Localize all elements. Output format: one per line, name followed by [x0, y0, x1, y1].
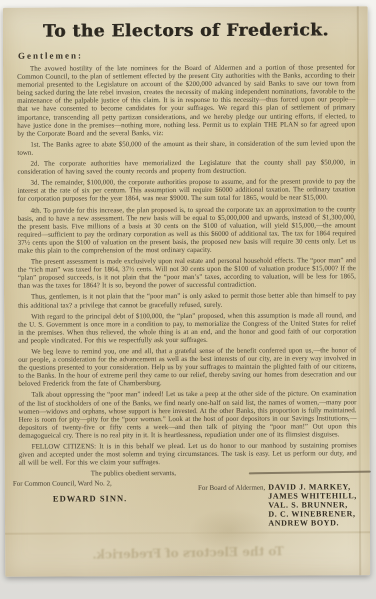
council-signer-name: EDWARD SINN.: [53, 494, 127, 504]
council-heading: For Common Council, Ward No. 2,: [13, 480, 127, 488]
paragraph-point-2d: 2d. The corporate authorities have memor…: [17, 158, 355, 176]
aldermen-name: D. C. WINEBRENER,: [268, 510, 357, 519]
paragraph-point-1st: 1st. The Banks agree to abate $50,000 of…: [17, 139, 355, 157]
aldermen-name: VAL. S. BRUNNER,: [268, 501, 357, 510]
salutation: Gentlemen:: [18, 49, 355, 60]
aldermen-name: JAMES WHITEHILL,: [268, 492, 357, 501]
paragraph-thus-gentlemen: Thus, gentlemen, is it not plain that th…: [18, 292, 356, 310]
title-show-through: To the Electors of Frederick.: [63, 544, 313, 563]
document-title: To the Electors of Frederick.: [17, 20, 355, 41]
paragraph-point-3d: 3d. The remainder, $100,000, the corpora…: [18, 177, 356, 203]
paragraph-we-beg-leave: We beg leave to remind you, one and all,…: [18, 346, 356, 388]
council-signature: For Common Council, Ward No. 2, EDWARD S…: [19, 480, 128, 529]
aldermen-names: DAVID J. MARKEY, JAMES WHITEHILL, VAL. S…: [268, 483, 357, 528]
paragraph-assessment: The present assessment is made exclusive…: [18, 256, 356, 290]
paragraph-principal-debt: With regard to the principal debt of $10…: [18, 311, 356, 345]
aldermen-heading: For Board of Aldermen,: [198, 483, 268, 528]
paragraph-fellow-citizens: FELLOW CITIZENS: It is in this behalf we…: [19, 441, 357, 467]
aldermen-name: DAVID J. MARKEY,: [268, 483, 357, 492]
broadside-paper: To the Electors of Frederick. Gentlemen:…: [3, 6, 370, 577]
paragraph-point-4th: 4th. To provide for this increase, the p…: [18, 205, 356, 255]
aldermen-name: ANDREW BOYD.: [268, 519, 357, 528]
aldermen-signature: For Board of Aldermen, DAVID J. MARKEY, …: [198, 483, 357, 529]
signature-area: For Common Council, Ward No. 2, EDWARD S…: [19, 479, 357, 529]
paragraph-poor-man: Talk about oppressing the “poor man” ind…: [18, 390, 356, 440]
document-content: To the Electors of Frederick. Gentlemen:…: [17, 14, 357, 529]
paragraph-intro: The avowed hostility of the late nominee…: [17, 63, 355, 137]
